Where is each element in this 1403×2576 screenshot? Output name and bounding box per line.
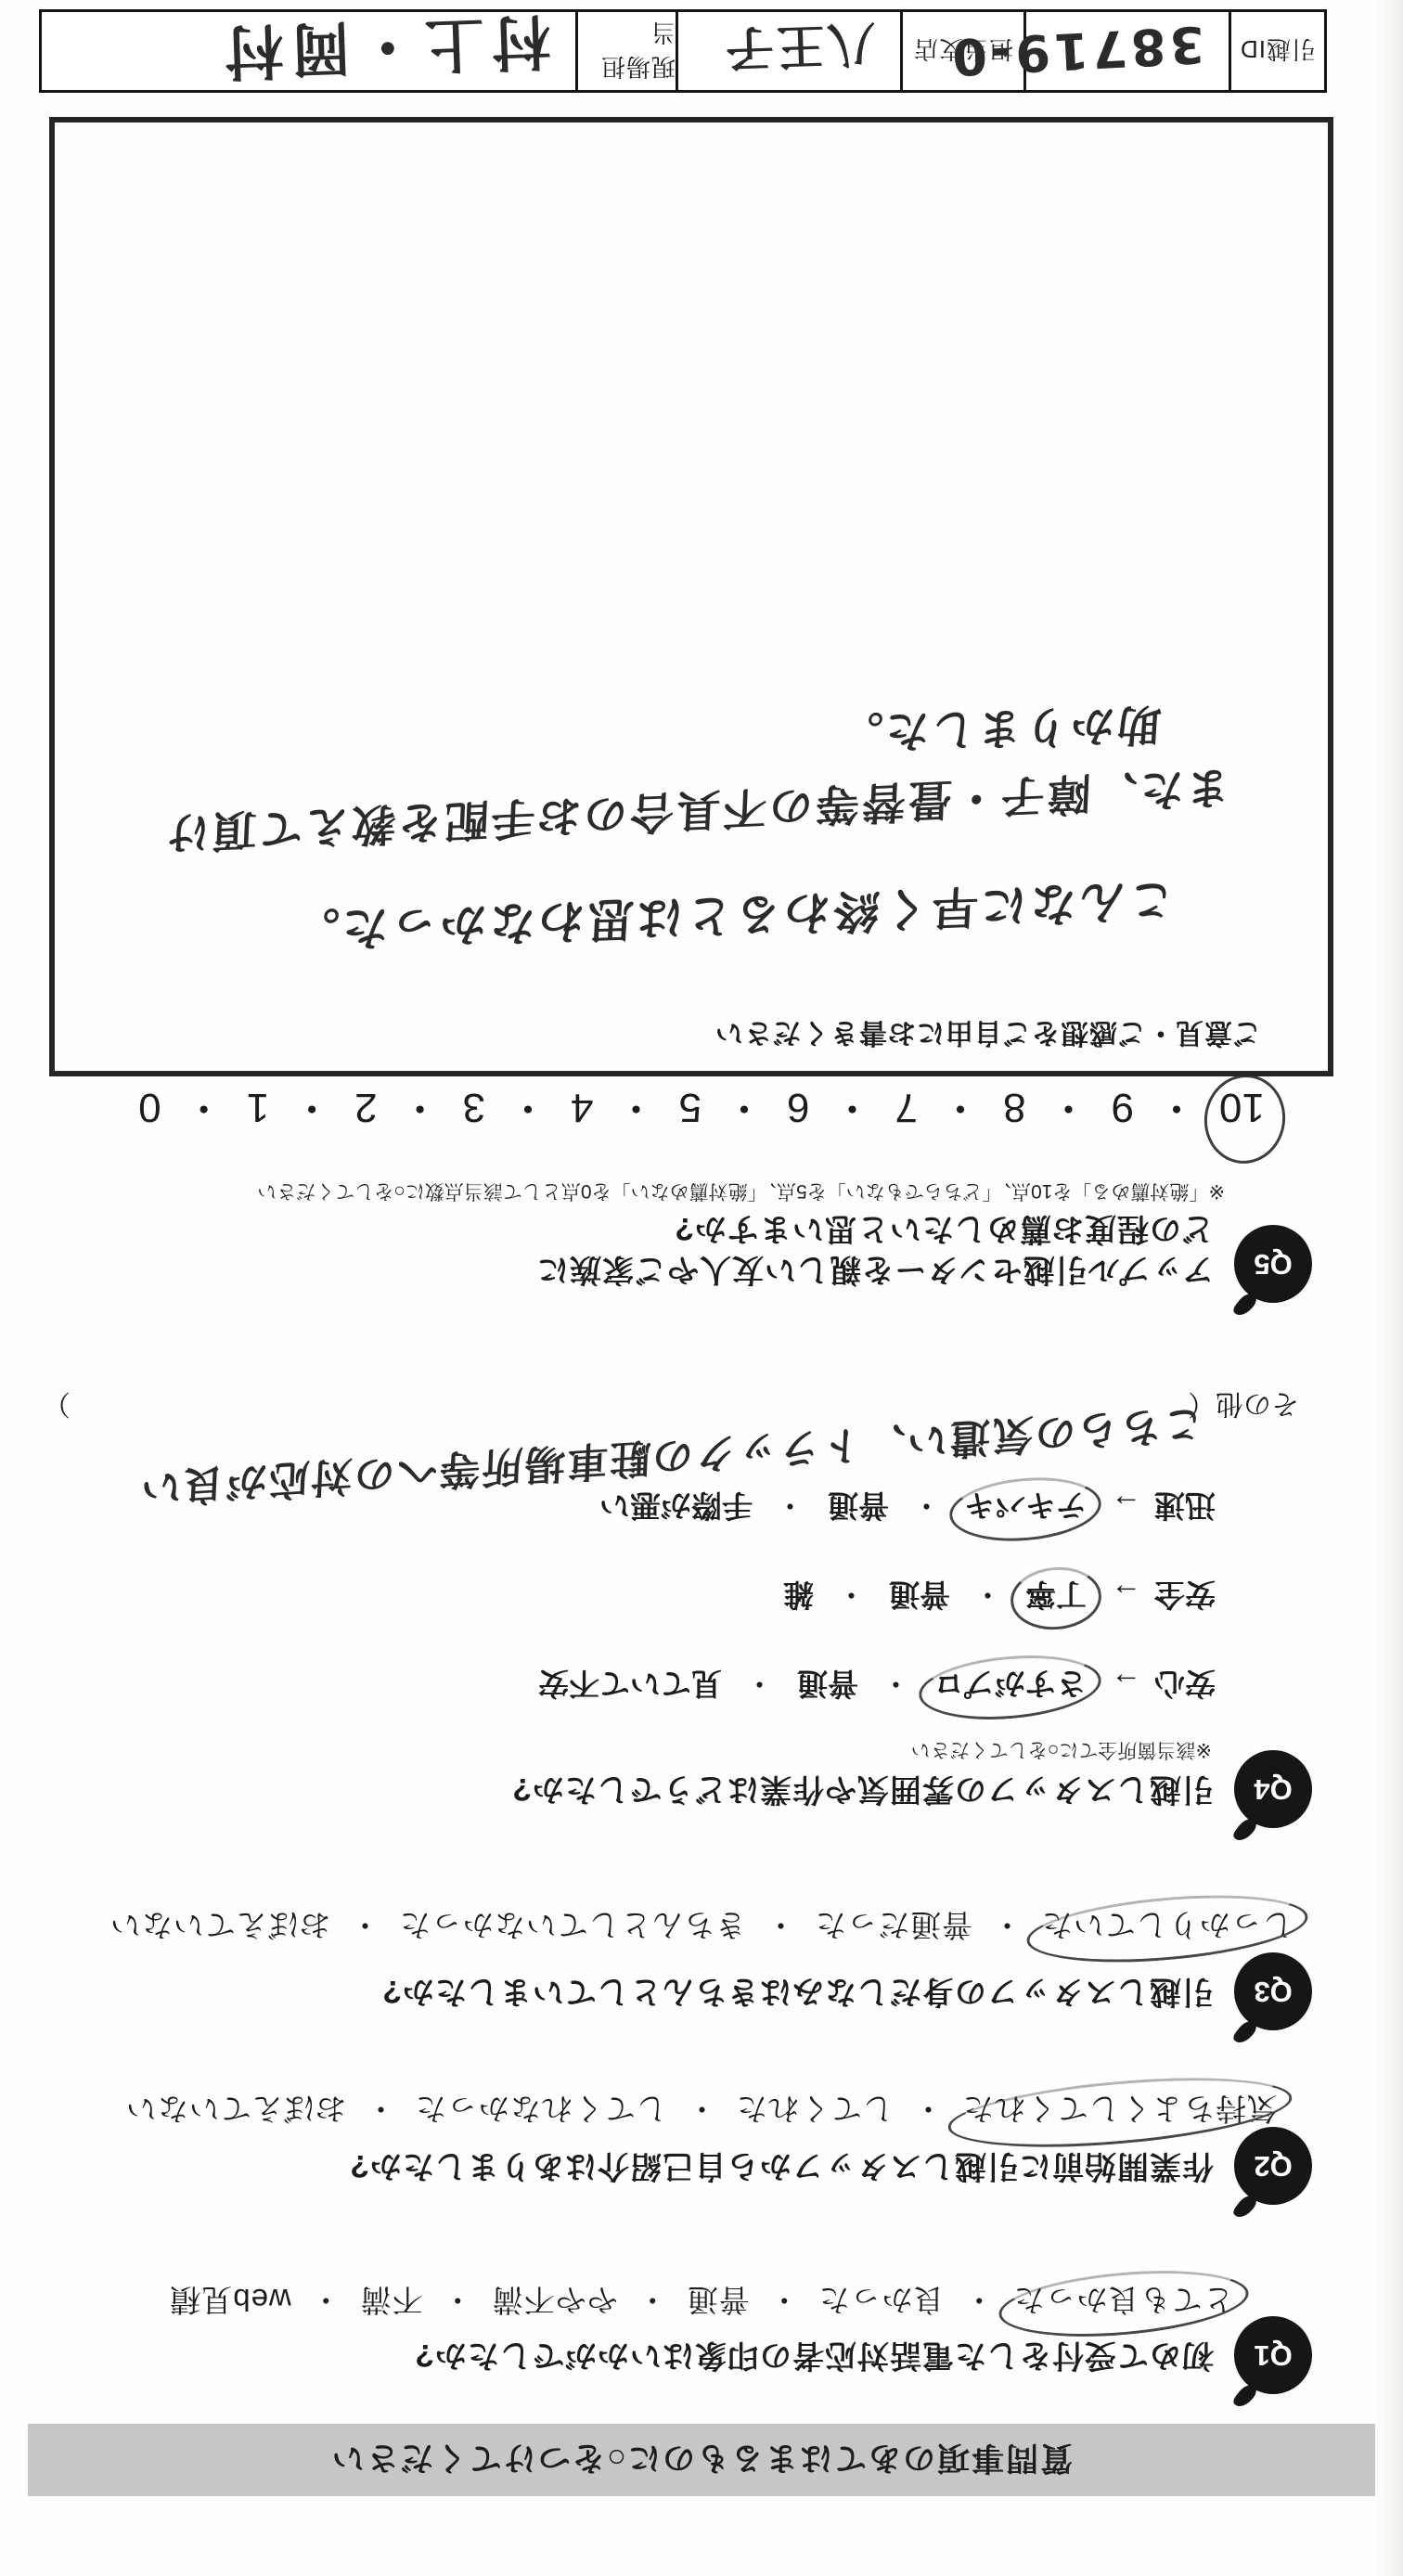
- dot-separator: ・: [912, 2092, 944, 2126]
- q4-badge: Q4: [1234, 1750, 1312, 1828]
- option-label: web見積: [169, 2283, 291, 2317]
- option-label: さすがプロ: [933, 1667, 1087, 1701]
- dot-separator: ・: [616, 1085, 657, 1130]
- scale-number: 7: [895, 1085, 918, 1130]
- q1-title: 初めて受付をした電話対応者の印象はいかがでしたか?: [414, 2336, 1214, 2381]
- dot-separator: ・: [291, 1085, 332, 1130]
- handwritten-line: こんなに早く終わるとは思わなかった。: [288, 869, 1176, 967]
- option-label: してくれなかった: [415, 2092, 667, 2126]
- q1-badge: Q1: [1234, 2316, 1312, 2394]
- scale-number: 4: [571, 1085, 593, 1130]
- dot-separator: ・: [836, 1578, 867, 1612]
- option-label: 雑: [783, 1578, 814, 1612]
- option-label: テキパキ: [964, 1488, 1087, 1523]
- dot-separator: ・: [940, 1085, 981, 1130]
- dot-separator: ・: [765, 1908, 796, 1942]
- category-label: 迅速: [1154, 1488, 1216, 1523]
- field-label-site-staff: 現場担当: [578, 12, 678, 90]
- comment-box-label: ご意見・ご感想をご自由にお書きください: [714, 1015, 1261, 1056]
- q4-row-jinsoku: 迅速→テキパキ・普通・手際が悪い: [599, 1486, 1216, 1529]
- dot-separator: ・: [400, 1085, 441, 1130]
- field-value-branch: 八王子: [678, 12, 903, 90]
- scale-number: 3: [463, 1085, 485, 1130]
- q4-note: ※該当箇所全てに○をしてください: [911, 1737, 1212, 1765]
- dot-separator: ・: [442, 2283, 473, 2317]
- comment-box: ご意見・ご感想をご自由にお書きください こんなに早く終わるとは思わなかった。 ま…: [49, 117, 1333, 1076]
- arrow-icon: →: [1111, 1578, 1141, 1612]
- dot-separator: ・: [724, 1085, 765, 1130]
- dot-separator: ・: [775, 1488, 805, 1523]
- instruction-banner: 質問事項のあてはまるものに○をつけてください: [28, 2424, 1375, 2496]
- q5-title-line2: どの程度お薦めしたいと思いますか?: [674, 1209, 1214, 1255]
- q4-anshin-circled-option: さすがプロ: [933, 1664, 1087, 1707]
- option-label: 普通だった: [815, 1908, 972, 1942]
- option-label: 良かった: [818, 2283, 945, 2317]
- option-label: おぼえていない: [109, 1908, 330, 1942]
- handwritten-value: 38719-0: [947, 15, 1206, 86]
- scale-number: 6: [787, 1085, 809, 1130]
- header-table: 引越ID 38719-0 担当支店 八王子 現場担当 村上・岡村: [39, 9, 1327, 93]
- q1-circled-option: とても良かった: [1013, 2280, 1234, 2324]
- q2-options: 気持ちよくしてくれた・してくれた・してくれなかった・おぼえていない: [0, 2089, 1403, 2132]
- dot-separator: ・: [349, 1908, 380, 1942]
- category-label: 安心: [1154, 1667, 1216, 1701]
- dot-separator: ・: [686, 2092, 717, 2126]
- option-label: 丁寧: [1025, 1578, 1087, 1612]
- scale-number: 8: [1003, 1085, 1025, 1130]
- q4-anzen-circled-option: 丁寧: [1025, 1575, 1087, 1618]
- dot-separator: ・: [972, 1578, 1003, 1612]
- other-field-suffix: ）: [43, 1386, 71, 1427]
- q5-circled-score: 10: [1219, 1084, 1265, 1130]
- dot-separator: ・: [881, 1667, 911, 1701]
- q4-title: 引越しスタッフの雰囲気や作業はどうでしたか?: [511, 1770, 1214, 1815]
- q4-row-anshin: 安心→さすがプロ・普通・見ていて不安: [538, 1664, 1216, 1707]
- field-value-moving-id: 38719-0: [1026, 12, 1231, 90]
- option-label: 不満: [360, 2283, 423, 2317]
- option-label: とても良かった: [1013, 2283, 1234, 2317]
- q2-circled-option: 気持ちよくしてくれた: [962, 2089, 1278, 2132]
- dot-separator: ・: [911, 1488, 942, 1523]
- q3-title: 引越しスタッフの身だしなみはきちんとしていましたか?: [381, 1972, 1214, 2017]
- dot-separator: ・: [1048, 1085, 1088, 1130]
- scan-edge-shadow: [1375, 0, 1403, 2576]
- dot-separator: ・: [637, 2283, 668, 2317]
- q3-options: しっかりしていた・普通だった・きちんとしていなかった・おぼえていない: [0, 1905, 1403, 1949]
- arrow-icon: →: [1111, 1488, 1141, 1523]
- field-value-site-staff: 村上・岡村: [42, 12, 578, 90]
- dot-separator: ・: [310, 2283, 341, 2317]
- q3-circled-option: しっかりしていた: [1041, 1905, 1294, 1949]
- dot-separator: ・: [184, 1085, 225, 1130]
- handwritten-value: 村上・岡村: [216, 3, 553, 100]
- option-label: 普通: [889, 1578, 950, 1612]
- option-label: きちんとしていなかった: [399, 1908, 746, 1942]
- arrow-icon: →: [1111, 1667, 1141, 1701]
- q2-badge: Q2: [1234, 2127, 1312, 2205]
- option-label: 見ていて不安: [538, 1667, 722, 1701]
- scanned-survey-sheet: 質問事項のあてはまるものに○をつけてください Q1 初めて受付をした電話対応者の…: [0, 0, 1403, 2576]
- q5-badge: Q5: [1234, 1225, 1312, 1303]
- dot-separator: ・: [744, 1667, 775, 1701]
- dot-separator: ・: [1156, 1085, 1197, 1130]
- q1-options: とても良かった・良かった・普通・やや不満・不満・web見積: [0, 2280, 1403, 2324]
- dot-separator: ・: [508, 1085, 548, 1130]
- dot-separator: ・: [832, 1085, 873, 1130]
- option-label: おぼえていない: [125, 2092, 346, 2126]
- scale-number: 2: [354, 1085, 377, 1130]
- category-label: 安全: [1154, 1578, 1216, 1612]
- scale-number: 10: [1219, 1085, 1265, 1130]
- scale-number: 9: [1111, 1085, 1133, 1130]
- scale-number: 5: [679, 1085, 701, 1130]
- option-label: 普通: [828, 1488, 889, 1523]
- option-label: やや不満: [492, 2283, 618, 2317]
- q5-note: ※「絶対薦める」を10点、「どちらでもない」を5点、「絶対薦めない」を0点として…: [257, 1179, 1225, 1206]
- q5-title-line1: アップル引越センターを親しい友人やご家族に: [536, 1250, 1214, 1295]
- dot-separator: ・: [365, 2092, 396, 2126]
- field-label-moving-id: 引越ID: [1231, 12, 1324, 90]
- handwritten-line: また、障子・畳替等の不具合のお手配を教えて頂け: [162, 759, 1231, 868]
- scale-number: 1: [247, 1085, 269, 1130]
- scale-number: 0: [138, 1085, 161, 1130]
- dot-separator: ・: [991, 1908, 1023, 1942]
- q4-row-anzen: 安全→丁寧・普通・雑: [783, 1575, 1216, 1618]
- q5-scale-row: 10・9・8・7・6・5・4・3・2・1・0: [0, 1082, 1403, 1141]
- option-label: 普通: [687, 2283, 750, 2317]
- q2-title: 作業開始前に引越しスタッフから自己紹介はありましたか?: [349, 2146, 1214, 2192]
- option-label: 手際が悪い: [599, 1488, 753, 1523]
- option-label: 気持ちよくしてくれた: [962, 2092, 1278, 2126]
- handwritten-line: 助かりました。: [834, 696, 1163, 766]
- dot-separator: ・: [963, 2283, 995, 2317]
- dot-separator: ・: [768, 2283, 800, 2317]
- handwritten-value: 八王子: [722, 14, 878, 89]
- option-label: しっかりしていた: [1041, 1908, 1294, 1942]
- option-label: 普通: [797, 1667, 858, 1701]
- other-field-prefix: その他（: [1188, 1386, 1299, 1427]
- q3-badge: Q3: [1234, 1952, 1312, 2030]
- q4-jinsoku-circled-option: テキパキ: [964, 1486, 1087, 1529]
- option-label: してくれた: [736, 2092, 894, 2126]
